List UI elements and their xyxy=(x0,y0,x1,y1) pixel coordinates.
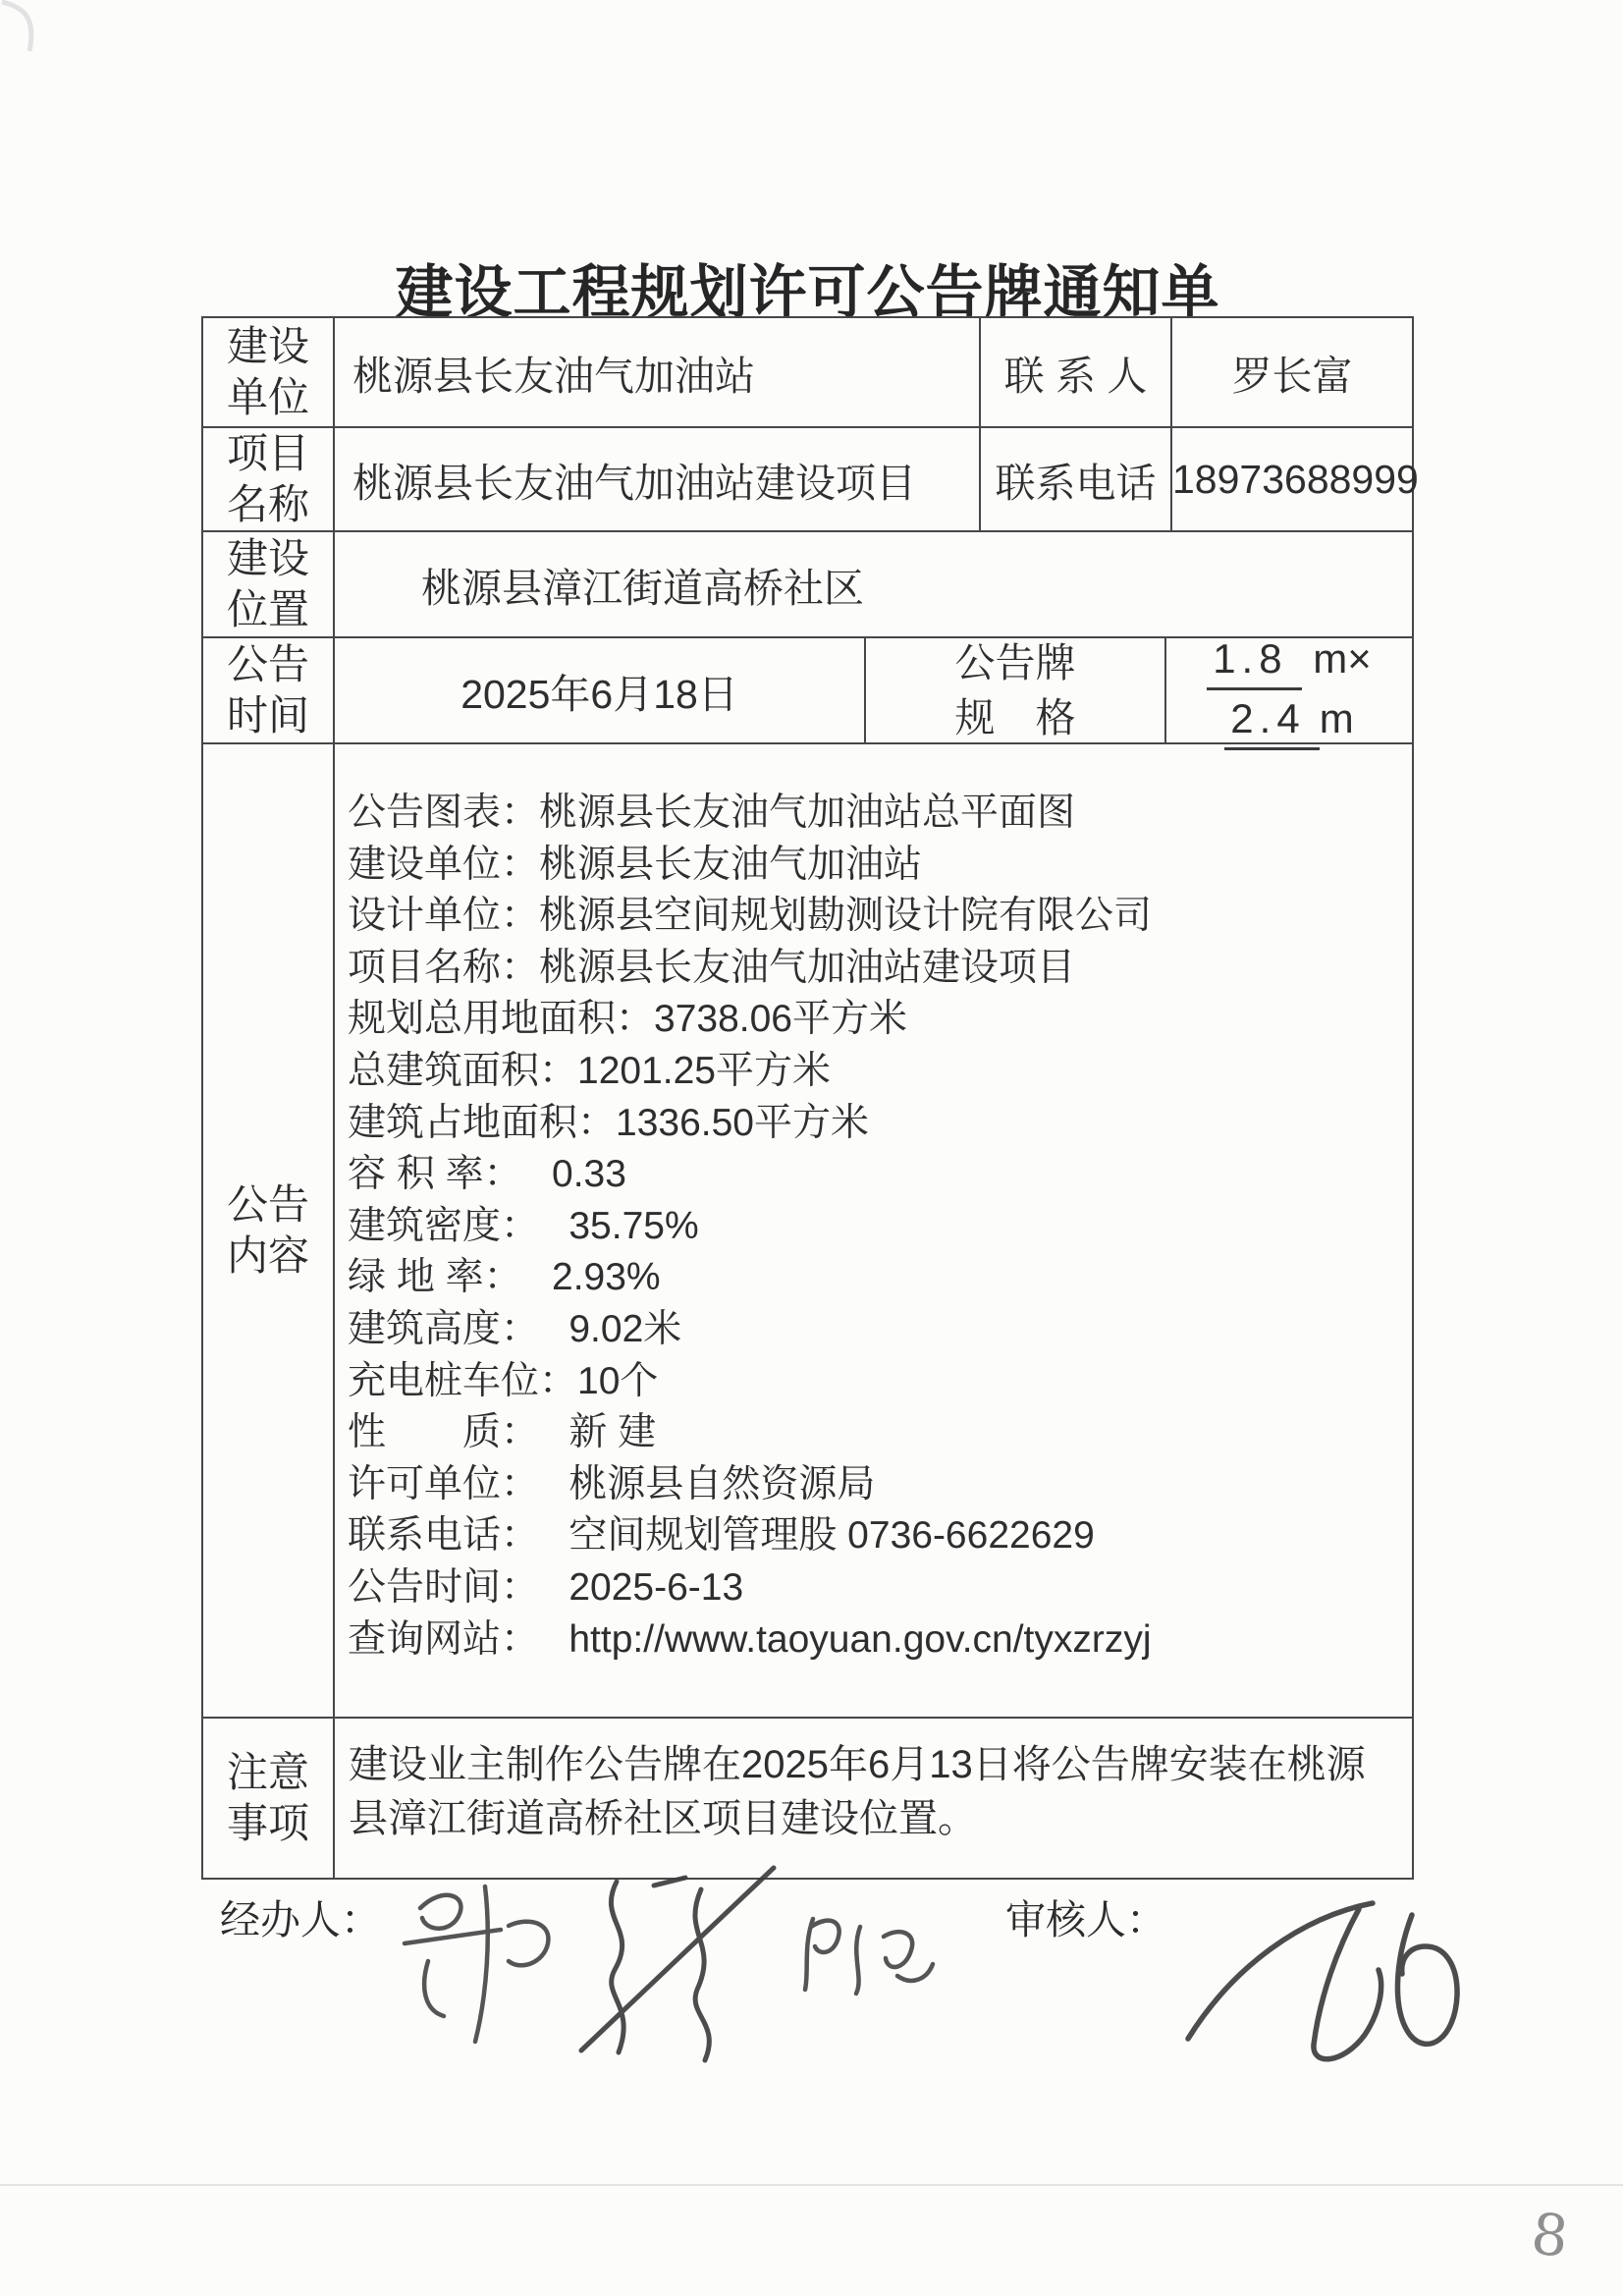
handler-label: 经办人： xyxy=(220,1887,381,1945)
handler-signature-3 xyxy=(791,1899,939,2002)
construction-unit-label: 建设 单位 xyxy=(203,318,333,426)
content-line-plot-ratio: 容 积 率： 0.33 xyxy=(348,1149,1402,1201)
contact-phone-value: 18973688999 xyxy=(1170,428,1419,530)
content-line-permit-unit: 许可单位： 桃源县自然资源局 xyxy=(348,1459,1402,1511)
content-line-height: 建筑高度： 9.02米 xyxy=(348,1304,1402,1356)
handler-signature-1 xyxy=(391,1871,568,2048)
scan-line-artifact xyxy=(0,2184,1623,2186)
project-name-value: 桃源县长友油气加油站建设项目 xyxy=(333,428,979,530)
board-spec-height: 2.4m xyxy=(1224,690,1353,750)
permit-notice-table: 建设 单位 桃源县长友油气加油站 联 系 人 罗长富 项目 名称 桃源县长友油气… xyxy=(201,316,1414,1880)
announcement-content-label: 公告 内容 xyxy=(203,744,333,1717)
row-announce-time: 公告 时间 2025年6月18日 公告牌 规 格 1.8 m× 2.4m xyxy=(203,636,1412,742)
content-line-chart: 公告图表：桃源县长友油气加油站总平面图 xyxy=(348,788,1402,840)
board-spec-width: 1.8 m× xyxy=(1207,630,1372,690)
row-construction-unit: 建设 单位 桃源县长友油气加油站 联 系 人 罗长富 xyxy=(203,318,1412,426)
notes-label: 注意 事项 xyxy=(203,1719,333,1878)
announce-time-label: 公告 时间 xyxy=(203,638,333,742)
content-line-builder: 建设单位：桃源县长友油气加油站 xyxy=(348,840,1402,892)
scanned-document-page: 建设工程规划许可公告牌通知单 建设 单位 桃源县长友油气加油站 联 系 人 罗长… xyxy=(0,0,1623,2296)
content-line-land-area: 规划总用地面积：3738.06平方米 xyxy=(348,994,1402,1046)
content-line-date: 公告时间： 2025-6-13 xyxy=(348,1562,1402,1614)
row-announcement-content: 公告 内容 公告图表：桃源县长友油气加油站总平面图 建设单位：桃源县长友油气加油… xyxy=(203,742,1412,1717)
content-line-floor-area: 总建筑面积：1201.25平方米 xyxy=(348,1046,1402,1098)
contact-phone-label: 联系电话 xyxy=(979,428,1170,530)
location-label: 建设 位置 xyxy=(203,532,333,636)
scan-corner-artifact xyxy=(0,0,59,59)
row-location: 建设 位置 桃源县漳江街道高桥社区 xyxy=(203,530,1412,636)
handwritten-page-number: 8 xyxy=(1529,2200,1572,2269)
board-spec-label: 公告牌 规 格 xyxy=(864,638,1164,742)
content-line-phone: 联系电话： 空间规划管理股 0736-6622629 xyxy=(348,1510,1402,1562)
reviewer-label: 审核人： xyxy=(1005,1887,1166,1945)
reviewer-signature xyxy=(1159,1882,1463,2073)
construction-unit-value: 桃源县长友油气加油站 xyxy=(333,318,979,426)
announce-time-value: 2025年6月18日 xyxy=(333,638,864,742)
content-line-nature: 性 质： 新 建 xyxy=(348,1407,1402,1459)
content-line-green-ratio: 绿 地 率： 2.93% xyxy=(348,1252,1402,1304)
contact-person-label: 联 系 人 xyxy=(979,318,1170,426)
content-line-charging: 充电桩车位：10个 xyxy=(348,1356,1402,1408)
content-line-footprint: 建筑占地面积：1336.50平方米 xyxy=(348,1098,1402,1150)
location-value: 桃源县漳江街道高桥社区 xyxy=(333,532,1412,636)
board-spec-value: 1.8 m× 2.4m xyxy=(1164,638,1412,742)
content-line-website: 查询网站： http://www.taoyuan.gov.cn/tyxzrzyj xyxy=(348,1614,1402,1667)
project-name-label: 项目 名称 xyxy=(203,428,333,530)
contact-person-value: 罗长富 xyxy=(1170,318,1412,426)
content-line-designer: 设计单位：桃源县空间规划勘测设计院有限公司 xyxy=(348,891,1402,943)
announcement-content-body: 公告图表：桃源县长友油气加油站总平面图 建设单位：桃源县长友油气加油站 设计单位… xyxy=(333,744,1412,1717)
content-line-project: 项目名称：桃源县长友油气加油站建设项目 xyxy=(348,943,1402,995)
handler-signature-2 xyxy=(556,1858,782,2069)
row-project-name: 项目 名称 桃源县长友油气加油站建设项目 联系电话 18973688999 xyxy=(203,426,1412,530)
row-notes: 注意 事项 建设业主制作公告牌在2025年6月13日将公告牌安装在桃源县漳江街道… xyxy=(203,1717,1412,1878)
notes-text: 建设业主制作公告牌在2025年6月13日将公告牌安装在桃源县漳江街道高桥社区项目… xyxy=(333,1719,1412,1878)
content-line-density: 建筑密度： 35.75% xyxy=(348,1201,1402,1253)
